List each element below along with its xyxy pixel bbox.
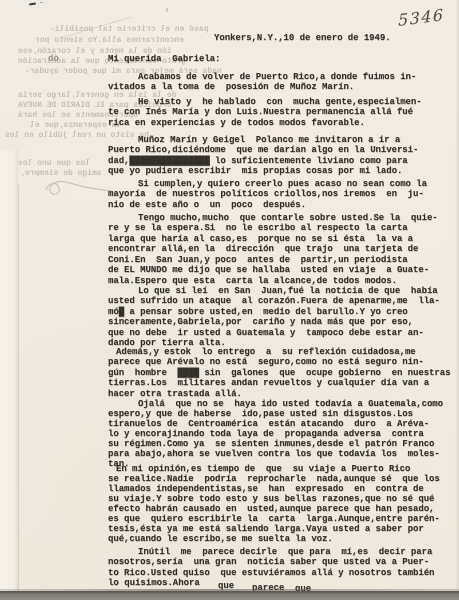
typed-line: qué,cuando le escribo,se me suelta la vo… (108, 534, 440, 544)
typed-line: sinceramente,Gabriela,por cariño y nada … (108, 317, 440, 327)
typed-line: En mi opinión,es tiempo de que su viaje … (108, 464, 440, 474)
typed-line: efecto habrán causado en usted,aunque pa… (108, 504, 440, 514)
ink-speck (165, 8, 168, 12)
typed-line: re y se la espera.Si no le escribo al re… (108, 223, 438, 233)
typed-line: Puerto Rico,diciéndome que me darían alg… (108, 145, 418, 155)
typed-line: dad,███████████████ lo suficientemente l… (108, 156, 418, 166)
typed-line: mó█ a pensar sobre usted,en medio del ba… (108, 307, 440, 317)
typed-line: Si cumplen,y quiero creerlo pues acaso n… (108, 179, 427, 189)
letter-date: Yonkers,N.Y.,10 de enero de 1949. (214, 33, 391, 43)
typed-line: vitados a la toma de posesión de Muñoz M… (108, 82, 416, 92)
paragraph: Además,y estok lo entrego a su reflexión… (108, 347, 450, 399)
typed-line: He visto y he hablado con mucha gente,es… (108, 97, 422, 107)
ink-speck (40, 2, 43, 3)
typed-line: que no debe ir usted a Guatemala y tampo… (108, 328, 440, 338)
typed-line: para abajo,ahora se vuelven contra los q… (108, 449, 443, 459)
paragraph: En mi opinión,es tiempo de que su viaje … (108, 464, 440, 544)
typed-line: tierras.Los militares andan revueltos y … (108, 378, 450, 388)
paragraph: Acabamos de volver de Puerto Rico,a dond… (108, 72, 416, 93)
typed-line: su régimen.Como ya se sienten inmunes,de… (108, 439, 443, 449)
typed-line: que yo pudiera escribir mis propias cosa… (108, 166, 418, 176)
typed-line: parece que Arévalo no está seguro,como n… (108, 357, 450, 367)
typed-line: Muñoz Marín y Geigel Polanco me invitaro… (108, 135, 418, 145)
bleedthrough-line: ób (48, 55, 59, 64)
typed-line: Ojalá que no se haya ido usted todavía a… (108, 399, 443, 409)
bleedthrough-line: pasó en el criterio tal posibili- (50, 25, 208, 34)
typed-line: nosotros,sería una gran noticia saber qu… (108, 557, 434, 567)
right-edge-shading (455, 0, 459, 600)
archive-number-handwritten: 5346 (398, 5, 445, 30)
typed-line: usted sufrido un ataque al corazón.Fuera… (108, 296, 440, 306)
typed-line: su viaje.Y sobre todo esto y sus bellas … (108, 494, 440, 504)
paragraph: Inútil me parece decirle que para mí,es … (108, 547, 434, 578)
paragraph: Lo que si leí en San Juan,fué la noticia… (108, 286, 440, 349)
bleedthrough-line: amigo de siempre, (20, 169, 102, 178)
typed-line: tiranuelos de Centroamérica están atacan… (108, 419, 443, 429)
typed-line: nio de este año o un poco después. (108, 200, 427, 210)
typed-line: Acabamos de volver de Puerto Rico,a dond… (108, 72, 416, 82)
typed-line: gún hombre ████ sin galones que ocupe go… (108, 368, 450, 378)
typed-line: llamados independentistas,se han expresa… (108, 484, 440, 494)
typed-line: Coni.En San Juan,y poco antes de partir,… (108, 255, 438, 265)
typed-line: to Rico.Usted quiso que estuviéramos all… (108, 568, 434, 578)
typed-line: tesis,ésta ya me está saliendo larga.Vay… (108, 524, 440, 534)
typed-line: mayoría de nuestros políticos criollos,n… (108, 189, 427, 199)
typed-line: hacer otra trastada allá. (108, 389, 450, 399)
ink-speck (29, 3, 36, 6)
typed-line: Además,y estok lo entrego a su reflexión… (108, 347, 450, 357)
typed-line: larga que haría al caso,es porque no se … (108, 234, 438, 244)
typed-line: rica en experiencias y de todos modos fa… (108, 118, 422, 128)
typed-line: te con Inés María y don Luis.Nuestra per… (108, 107, 422, 117)
letter-greeting: Mi querida Gabriela: (108, 54, 220, 64)
typed-word: lo quisimos.Ahora (108, 578, 200, 588)
typed-line: es que quiero escribirle la carta larga.… (108, 514, 440, 524)
vertical-crease (18, 185, 19, 592)
paragraph: Si cumplen,y quiero creerlo pues acaso n… (108, 179, 427, 210)
typed-line: encontrar allá,en la dirección que trajo… (108, 244, 438, 254)
paragraph: Ojalá que no se haya ido usted todavía a… (108, 399, 443, 469)
typed-line: Tengo mucho,mucho que contarle sobre ust… (108, 213, 438, 223)
typed-line: Lo que si leí en San Juan,fué la noticia… (108, 286, 440, 296)
paragraph: Muñoz Marín y Geigel Polanco me invitaro… (108, 135, 418, 177)
letter-scan-page: pasó en el criterio tal posibili-encontr… (0, 0, 459, 600)
typed-line: mala.Espero que esta carta la alcance,de… (108, 276, 438, 286)
bleedthrough-line: encontrarnos allá.Yo siento por (35, 36, 184, 45)
left-edge-shading (0, 150, 18, 600)
page-bottom-edge (0, 591, 459, 600)
typed-line: se realice.Nadie podría reprocharle nada… (108, 474, 440, 484)
typed-line: Inútil me parece decirle que para mí,es … (108, 547, 434, 557)
bleedthrough-line: los que uno los (18, 159, 90, 168)
typed-line: de EL MUNDO me dijo que se hallaba usted… (108, 265, 438, 275)
paragraph: He visto y he hablado con mucha gente,es… (108, 97, 422, 128)
typed-line: lo y encorajinando toda laya de propagan… (108, 429, 443, 439)
paragraph: Tengo mucho,mucho que contarle sobre ust… (108, 213, 438, 286)
typed-line: espero,y que de haberse ido,pase usted s… (108, 409, 443, 419)
